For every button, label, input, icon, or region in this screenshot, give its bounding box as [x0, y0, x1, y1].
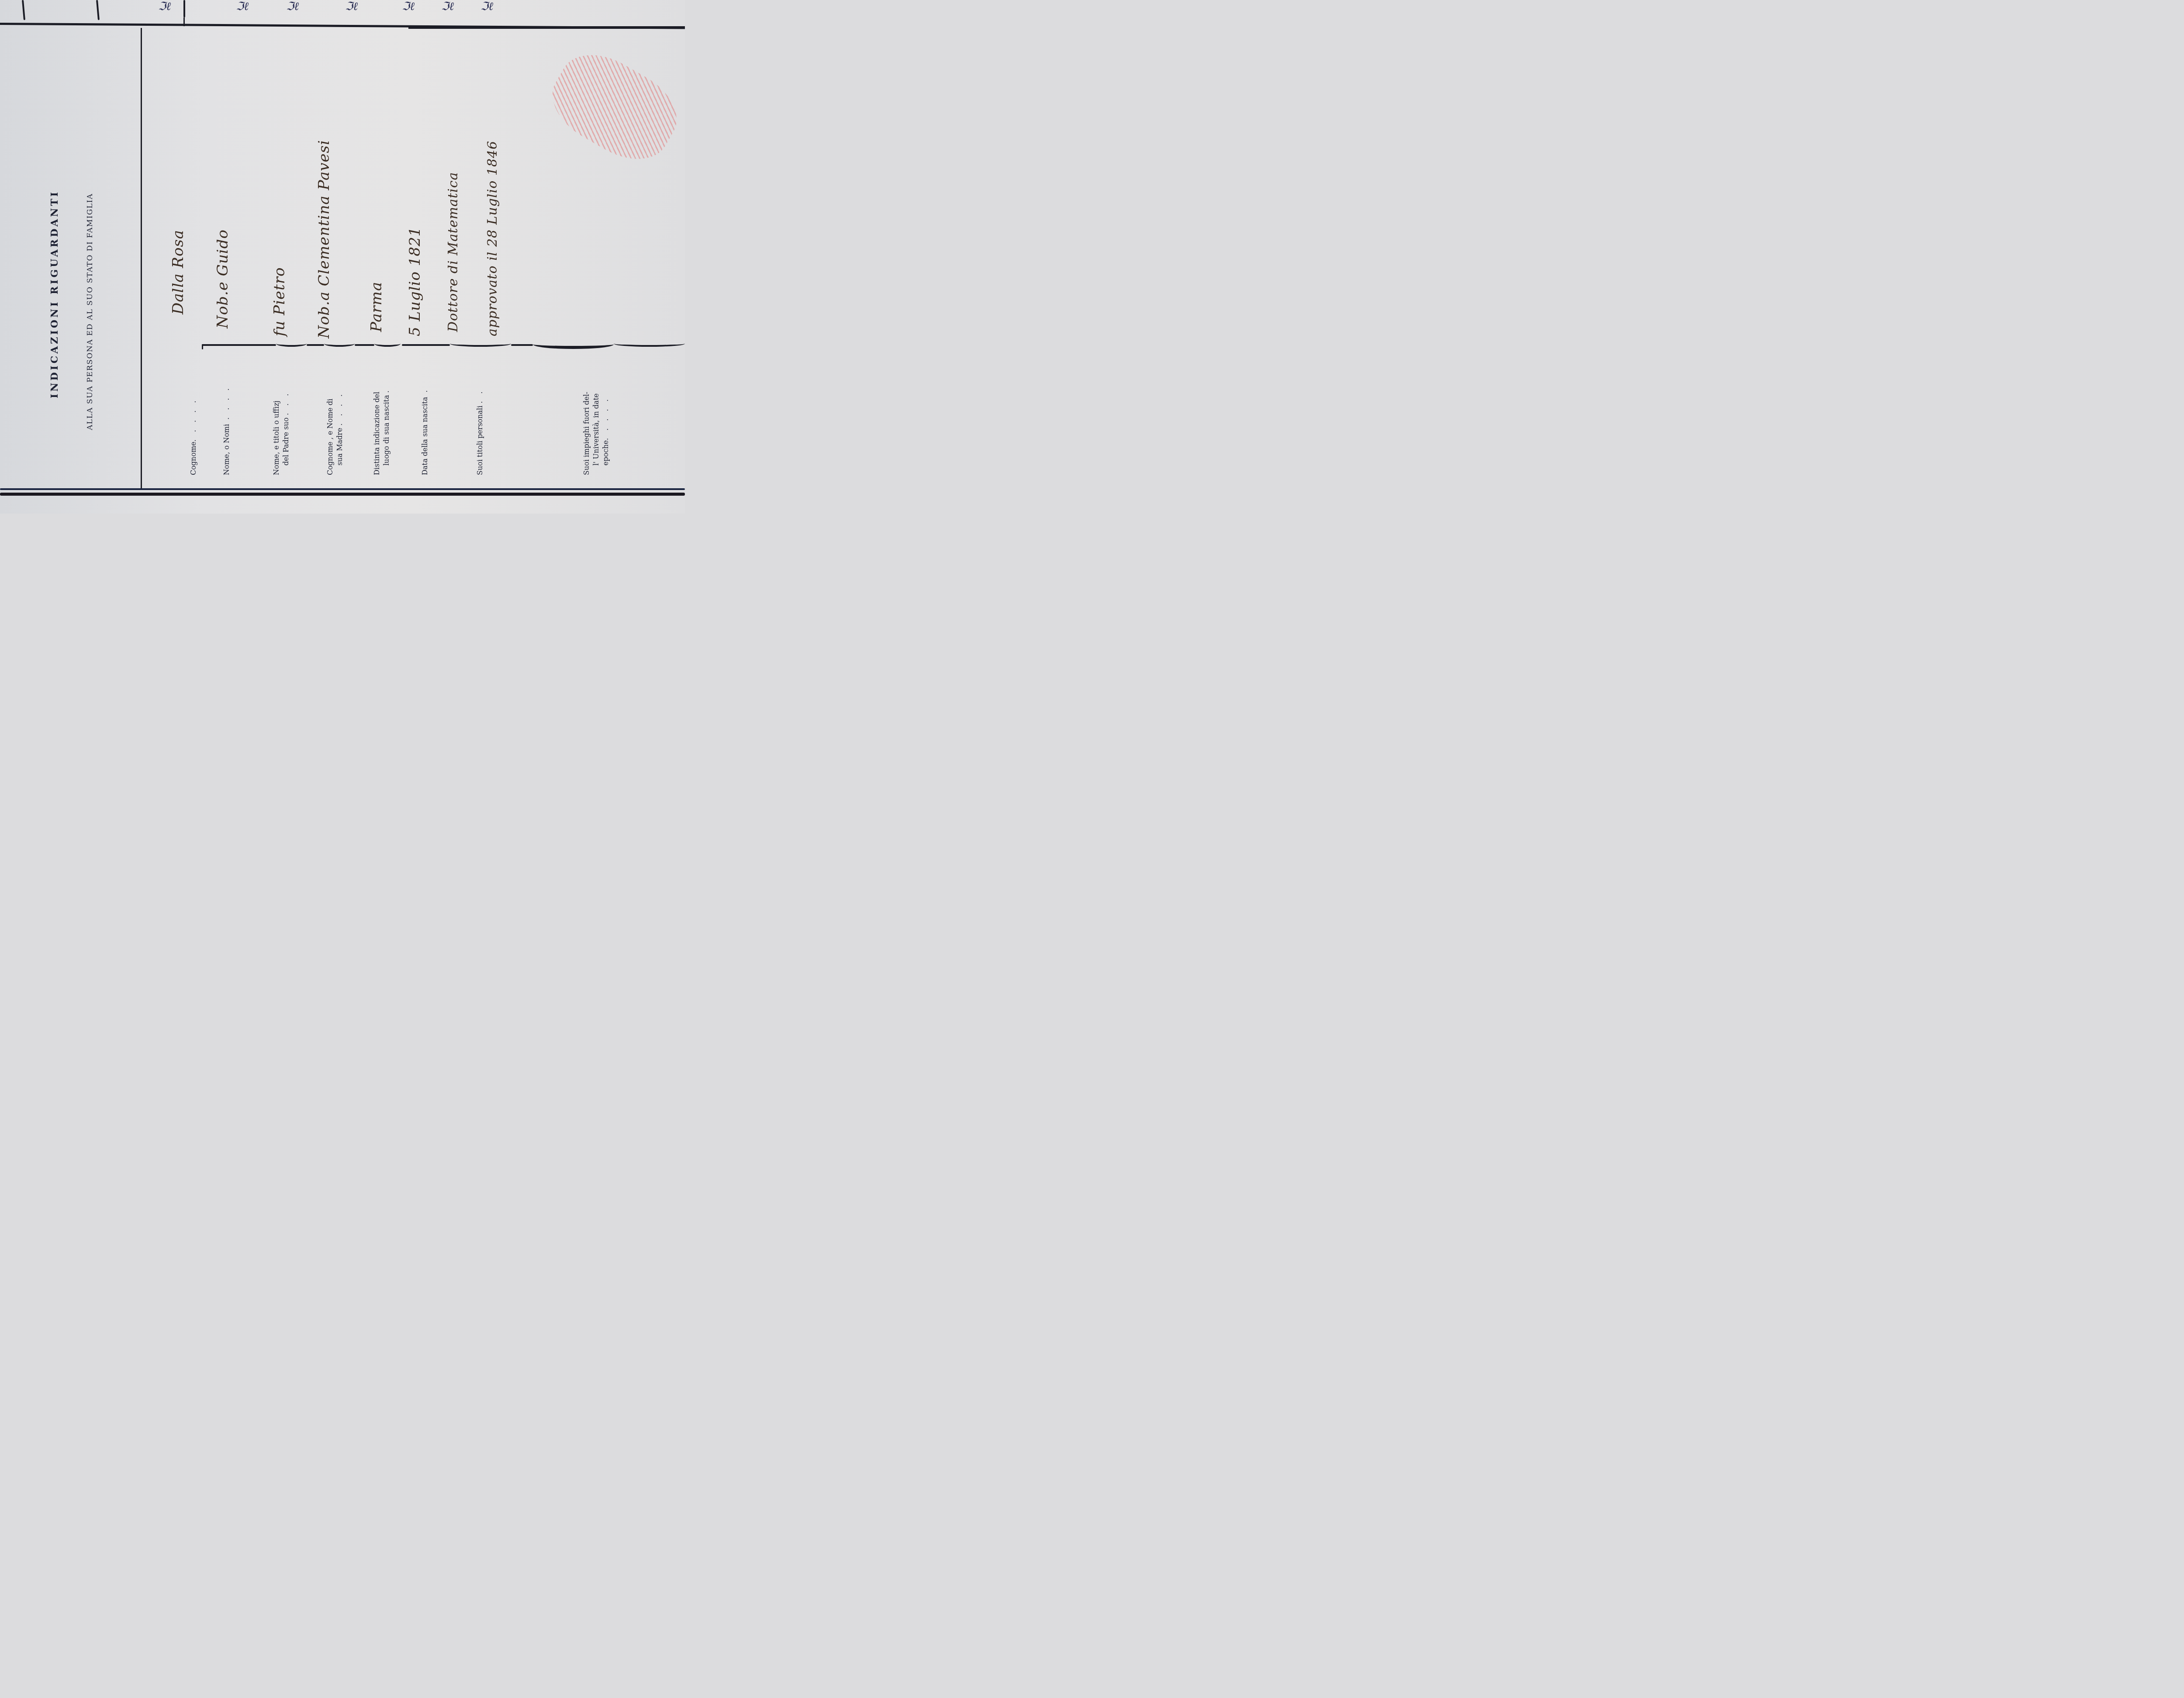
field-brace	[324, 341, 355, 347]
label-text: epoche	[601, 440, 610, 466]
form-title: INDICAZIONI RIGUARDANTI	[49, 190, 60, 398]
leader-dots: . .	[476, 389, 484, 403]
column-divider	[141, 28, 142, 488]
leader-dots: . . . . .	[601, 397, 610, 440]
value-titoli-line2: approvato il 28 Luglio 1846	[485, 141, 500, 336]
label-text: Nome, e titoli o uffizj	[272, 391, 281, 475]
label-text: Suoi impieghi fuori del-	[582, 392, 591, 475]
label-nome: Nome, o Nomi . . . .	[222, 386, 232, 475]
red-crayon-mark	[539, 39, 685, 175]
label-cognome: Cognome. . . . .	[189, 398, 198, 475]
bottom-rule-thin	[0, 488, 685, 490]
value-cognome: Dalla Rosa	[169, 230, 187, 314]
bottom-rule-thick	[0, 493, 685, 496]
leader-dots: . . . .	[335, 392, 344, 426]
label-padre: Nome, e titoli o uffizj del Padre suo . …	[272, 391, 291, 475]
form-subtitle: ALLA SUA PERSONA ED AL SUO STATO DI FAMI…	[86, 193, 94, 430]
section-rule	[22, 0, 25, 20]
label-text: luogo di sua nascita	[382, 395, 390, 466]
label-madre: Cognome , e Nome di sua Madre . . . .	[325, 392, 345, 475]
field-bracket	[355, 344, 374, 346]
field-bracket	[402, 344, 450, 346]
top-rule-right	[408, 26, 685, 29]
document-page: ℑℓ ℑℓ ℑℓ ℑℓ ℑℓ ℑℓ ℑℓ INDICAZIONI RIGUARD…	[0, 0, 685, 514]
section-rule	[96, 0, 100, 20]
leader-dots: .	[382, 388, 390, 393]
field-brace	[450, 341, 511, 347]
value-data-nascita: 5 Luglio 1821	[406, 227, 424, 336]
cut-off-text-fragment: ℑℓ	[286, 0, 299, 13]
leader-dots: . . . . .	[189, 398, 197, 442]
field-brace	[614, 341, 685, 347]
label-text: Cognome	[189, 442, 197, 475]
cut-off-text-fragment: ℑℓ	[480, 0, 493, 13]
value-nome: Nob.e Guido	[214, 229, 232, 328]
leader-dots: .	[421, 388, 429, 393]
cut-off-text-fragment: ℑℓ	[236, 0, 249, 13]
field-bracket	[511, 344, 533, 346]
label-text: Data della sua nascita	[421, 397, 429, 475]
value-madre: Nob.a Clementina Pavesi	[315, 140, 333, 338]
field-bracket	[202, 344, 276, 346]
label-text: Nome, o Nomi	[222, 424, 231, 475]
field-brace	[374, 341, 401, 347]
label-text: Cognome , e Nome di	[325, 392, 335, 475]
label-text: Distinta indicazione del	[372, 388, 382, 475]
field-brace	[533, 340, 614, 349]
label-titoli: Suoi titoli personali . .	[475, 389, 485, 475]
value-titoli-line1: Dottore di Matematica	[446, 172, 461, 332]
field-brace	[276, 341, 307, 347]
cut-off-text-fragment: ℑℓ	[402, 0, 415, 13]
leader-dots: . . .	[282, 391, 290, 415]
label-impieghi: Suoi impieghi fuori del- l' Università, …	[582, 392, 611, 475]
label-luogo-nascita: Distinta indicazione del luogo di sua na…	[372, 388, 391, 475]
cut-off-text-fragment: ℑℓ	[441, 0, 454, 13]
label-text: l' Università, in date	[591, 392, 601, 475]
label-data-nascita: Data della sua nascita .	[420, 388, 430, 476]
leader-dots: . . . .	[222, 386, 231, 420]
field-bracket	[307, 344, 324, 346]
label-text: del Padre suo	[282, 418, 290, 466]
column-divider-top	[183, 17, 185, 26]
value-padre: fu Pietro	[271, 267, 288, 336]
label-text: Suoi titoli personali	[476, 406, 484, 475]
value-luogo-nascita: Parma	[368, 282, 385, 332]
cut-off-text-fragment: ℑℓ	[345, 0, 358, 13]
label-text: sua Madre	[335, 428, 344, 466]
cut-off-text-fragment: ℑℓ	[158, 0, 171, 13]
section-rule	[183, 0, 185, 17]
